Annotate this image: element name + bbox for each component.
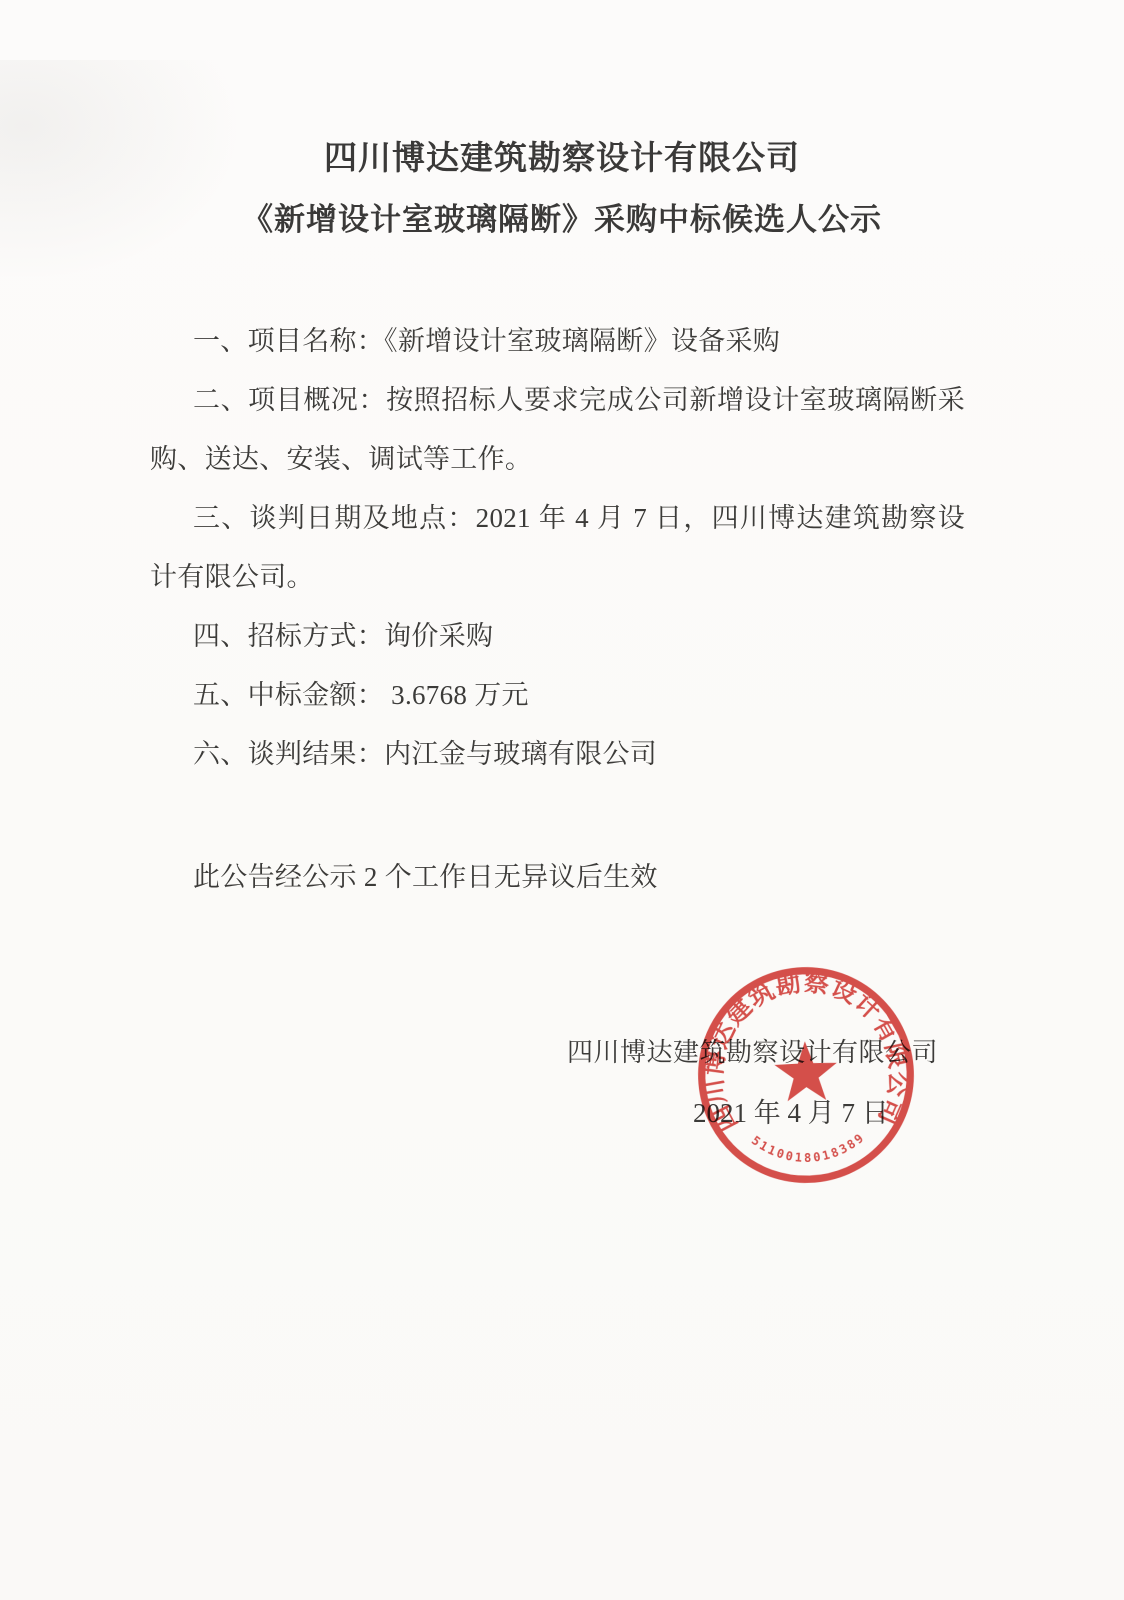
paragraph-project-name: 一、项目名称：《新增设计室玻璃隔断》设备采购 xyxy=(150,312,965,371)
document-page: 四川博达建筑勘察设计有限公司 《新增设计室玻璃隔断》采购中标候选人公示 一、项目… xyxy=(0,0,1124,1600)
paragraph-project-overview: 二、项目概况：按照招标人要求完成公司新增设计室玻璃隔断采购、送达、安装、调试等工… xyxy=(150,371,965,489)
paragraph-award-amount: 五、中标金额： 3.6768 万元 xyxy=(150,666,965,725)
seal-graphic: 四川博达建筑勘察设计有限公司 5110018018389 xyxy=(690,959,922,1191)
notice-line: 此公告经公示 2 个工作日无异议后生效 xyxy=(150,848,965,907)
document-body: 一、项目名称：《新增设计室玻璃隔断》设备采购 二、项目概况：按照招标人要求完成公… xyxy=(150,312,965,907)
document-title: 四川博达建筑勘察设计有限公司 xyxy=(0,136,1124,180)
paragraph-bidding-method: 四、招标方式：询价采购 xyxy=(150,607,965,666)
document-subtitle: 《新增设计室玻璃隔断》采购中标候选人公示 xyxy=(0,198,1124,242)
company-seal: 四川博达建筑勘察设计有限公司 5110018018389 xyxy=(690,959,922,1191)
paragraph-negotiation-result: 六、谈判结果：内江金与玻璃有限公司 xyxy=(150,725,965,784)
seal-code-text: 5110018018389 xyxy=(748,1129,868,1166)
paragraph-negotiation-date: 三、谈判日期及地点：2021 年 4 月 7 日，四川博达建筑勘察设计有限公司。 xyxy=(150,489,965,607)
seal-star-icon xyxy=(774,1040,838,1102)
